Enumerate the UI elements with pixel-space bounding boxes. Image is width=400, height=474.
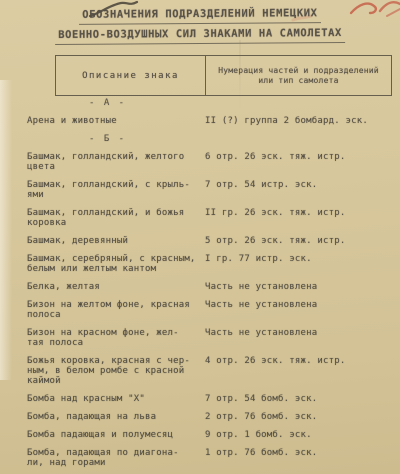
table-row: Башмак, голландский, желтого цвета6 отр.… <box>27 152 395 172</box>
unit-designation: 9 отр. 1 бомб. эск. <box>205 430 395 440</box>
sign-description: Башмак, серебряный, с красным, белым или… <box>27 254 205 274</box>
unit-designation: 2 отр. 76 бомб. эск. <box>205 412 395 422</box>
document-title-line1: ОБОЗНАЧЕНИЯ ПОДРАЗДЕЛЕНИЙ НЕМЕЦКИХ <box>79 6 320 25</box>
sign-description: Бомба над красным "Х" <box>27 394 205 404</box>
unit-designation: 6 отр. 26 эск. тяж. истр. <box>205 152 395 162</box>
sign-description: Бомба падающая и полумесяц <box>27 430 205 440</box>
unit-designation: II (?) группа 2 бомбард. эск. <box>205 116 395 126</box>
table-row: Божья коровка, красная с чер- ным, в бел… <box>27 356 395 386</box>
unit-designation: Часть не установлена <box>205 328 395 338</box>
table-row: Башмак, серебряный, с красным, белым или… <box>27 254 395 274</box>
sign-description: Башмак, голландский, с крыль- ями <box>27 180 205 200</box>
unit-designation: 5 отр. 26 эск. тяж. истр. <box>205 236 395 246</box>
table-row: Бомба падающая и полумесяц9 отр. 1 бомб.… <box>27 430 395 440</box>
table-body: - А -Арена и животныеII (?) группа 2 бом… <box>27 98 395 474</box>
unit-designation: 1 отр. 76 бомб. эск. <box>205 448 395 458</box>
unit-designation: Часть не установлена <box>205 300 395 310</box>
table-row: Белка, желтаяЧасть не установлена <box>27 282 395 292</box>
table-row: Арена и животныеII (?) группа 2 бомбард.… <box>27 116 395 126</box>
section-label: - Б - <box>89 134 395 144</box>
table-header: Описание знака Нумерация частей и подраз… <box>55 55 392 96</box>
table-row: Бомба над красным "Х"7 отр. 54 бомб. эск… <box>27 394 395 404</box>
table-row: Башмак, голландский, с крыль- ями7 отр. … <box>27 180 395 200</box>
unit-designation: 7 отр. 54 истр. эск. <box>205 180 395 190</box>
section-label: - А - <box>89 98 395 108</box>
sign-description: Башмак, деревянный <box>27 236 205 246</box>
sign-description: Бизон на красном фоне, жел- тая полоса <box>27 328 205 348</box>
sign-description: Божья коровка, красная с чер- ным, в бел… <box>27 356 205 386</box>
sign-description: Арена и животные <box>27 116 205 126</box>
table-row: Башмак, деревянный5 отр. 26 эск. тяж. ис… <box>27 236 395 246</box>
sign-description: Белка, желтая <box>27 282 205 292</box>
unit-designation: 7 отр. 54 бомб. эск. <box>205 394 395 404</box>
table-row: Бомба, падающая на льва2 отр. 76 бомб. э… <box>27 412 395 422</box>
document-title: ОБОЗНАЧЕНИЯ ПОДРАЗДЕЛЕНИЙ НЕМЕЦКИХ ВОЕНН… <box>0 3 400 46</box>
unit-designation: I гр. 77 истр. эск. <box>205 254 395 264</box>
document-title-line2: ВОЕННО-ВОЗДУШНЫХ СИЛ ЗНАКАМИ НА САМОЛЕТА… <box>55 26 345 45</box>
unit-designation: II гр. 26 эск. тяж. истр. <box>205 208 395 218</box>
sign-description: Бизон на желтом фоне, красная полоса <box>27 300 205 320</box>
unit-designation: Часть не установлена <box>205 282 395 292</box>
unit-designation: 4 отр. 26 эск. тяж. истр. <box>205 356 395 366</box>
sign-description: Башмак, голландский, и божья коровка <box>27 208 205 228</box>
table-row: Бизон на красном фоне, жел- тая полосаЧа… <box>27 328 395 348</box>
table-row: Бизон на желтом фоне, красная полосаЧаст… <box>27 300 395 320</box>
column-header-unit: Нумерация частей и подразделений или тип… <box>206 56 391 95</box>
sign-description: Бомба, падающая по диагона- ли, над гора… <box>27 448 205 468</box>
table-row: Башмак, голландский, и божья коровкаII г… <box>27 208 395 228</box>
document-page: ОБОЗНАЧЕНИЯ ПОДРАЗДЕЛЕНИЙ НЕМЕЦКИХ ВОЕНН… <box>0 0 400 474</box>
column-header-description: Описание знака <box>56 56 206 95</box>
table-row: Бомба, падающая по диагона- ли, над гора… <box>27 448 395 468</box>
sign-description: Башмак, голландский, желтого цвета <box>27 152 205 172</box>
sign-description: Бомба, падающая на льва <box>27 412 205 422</box>
